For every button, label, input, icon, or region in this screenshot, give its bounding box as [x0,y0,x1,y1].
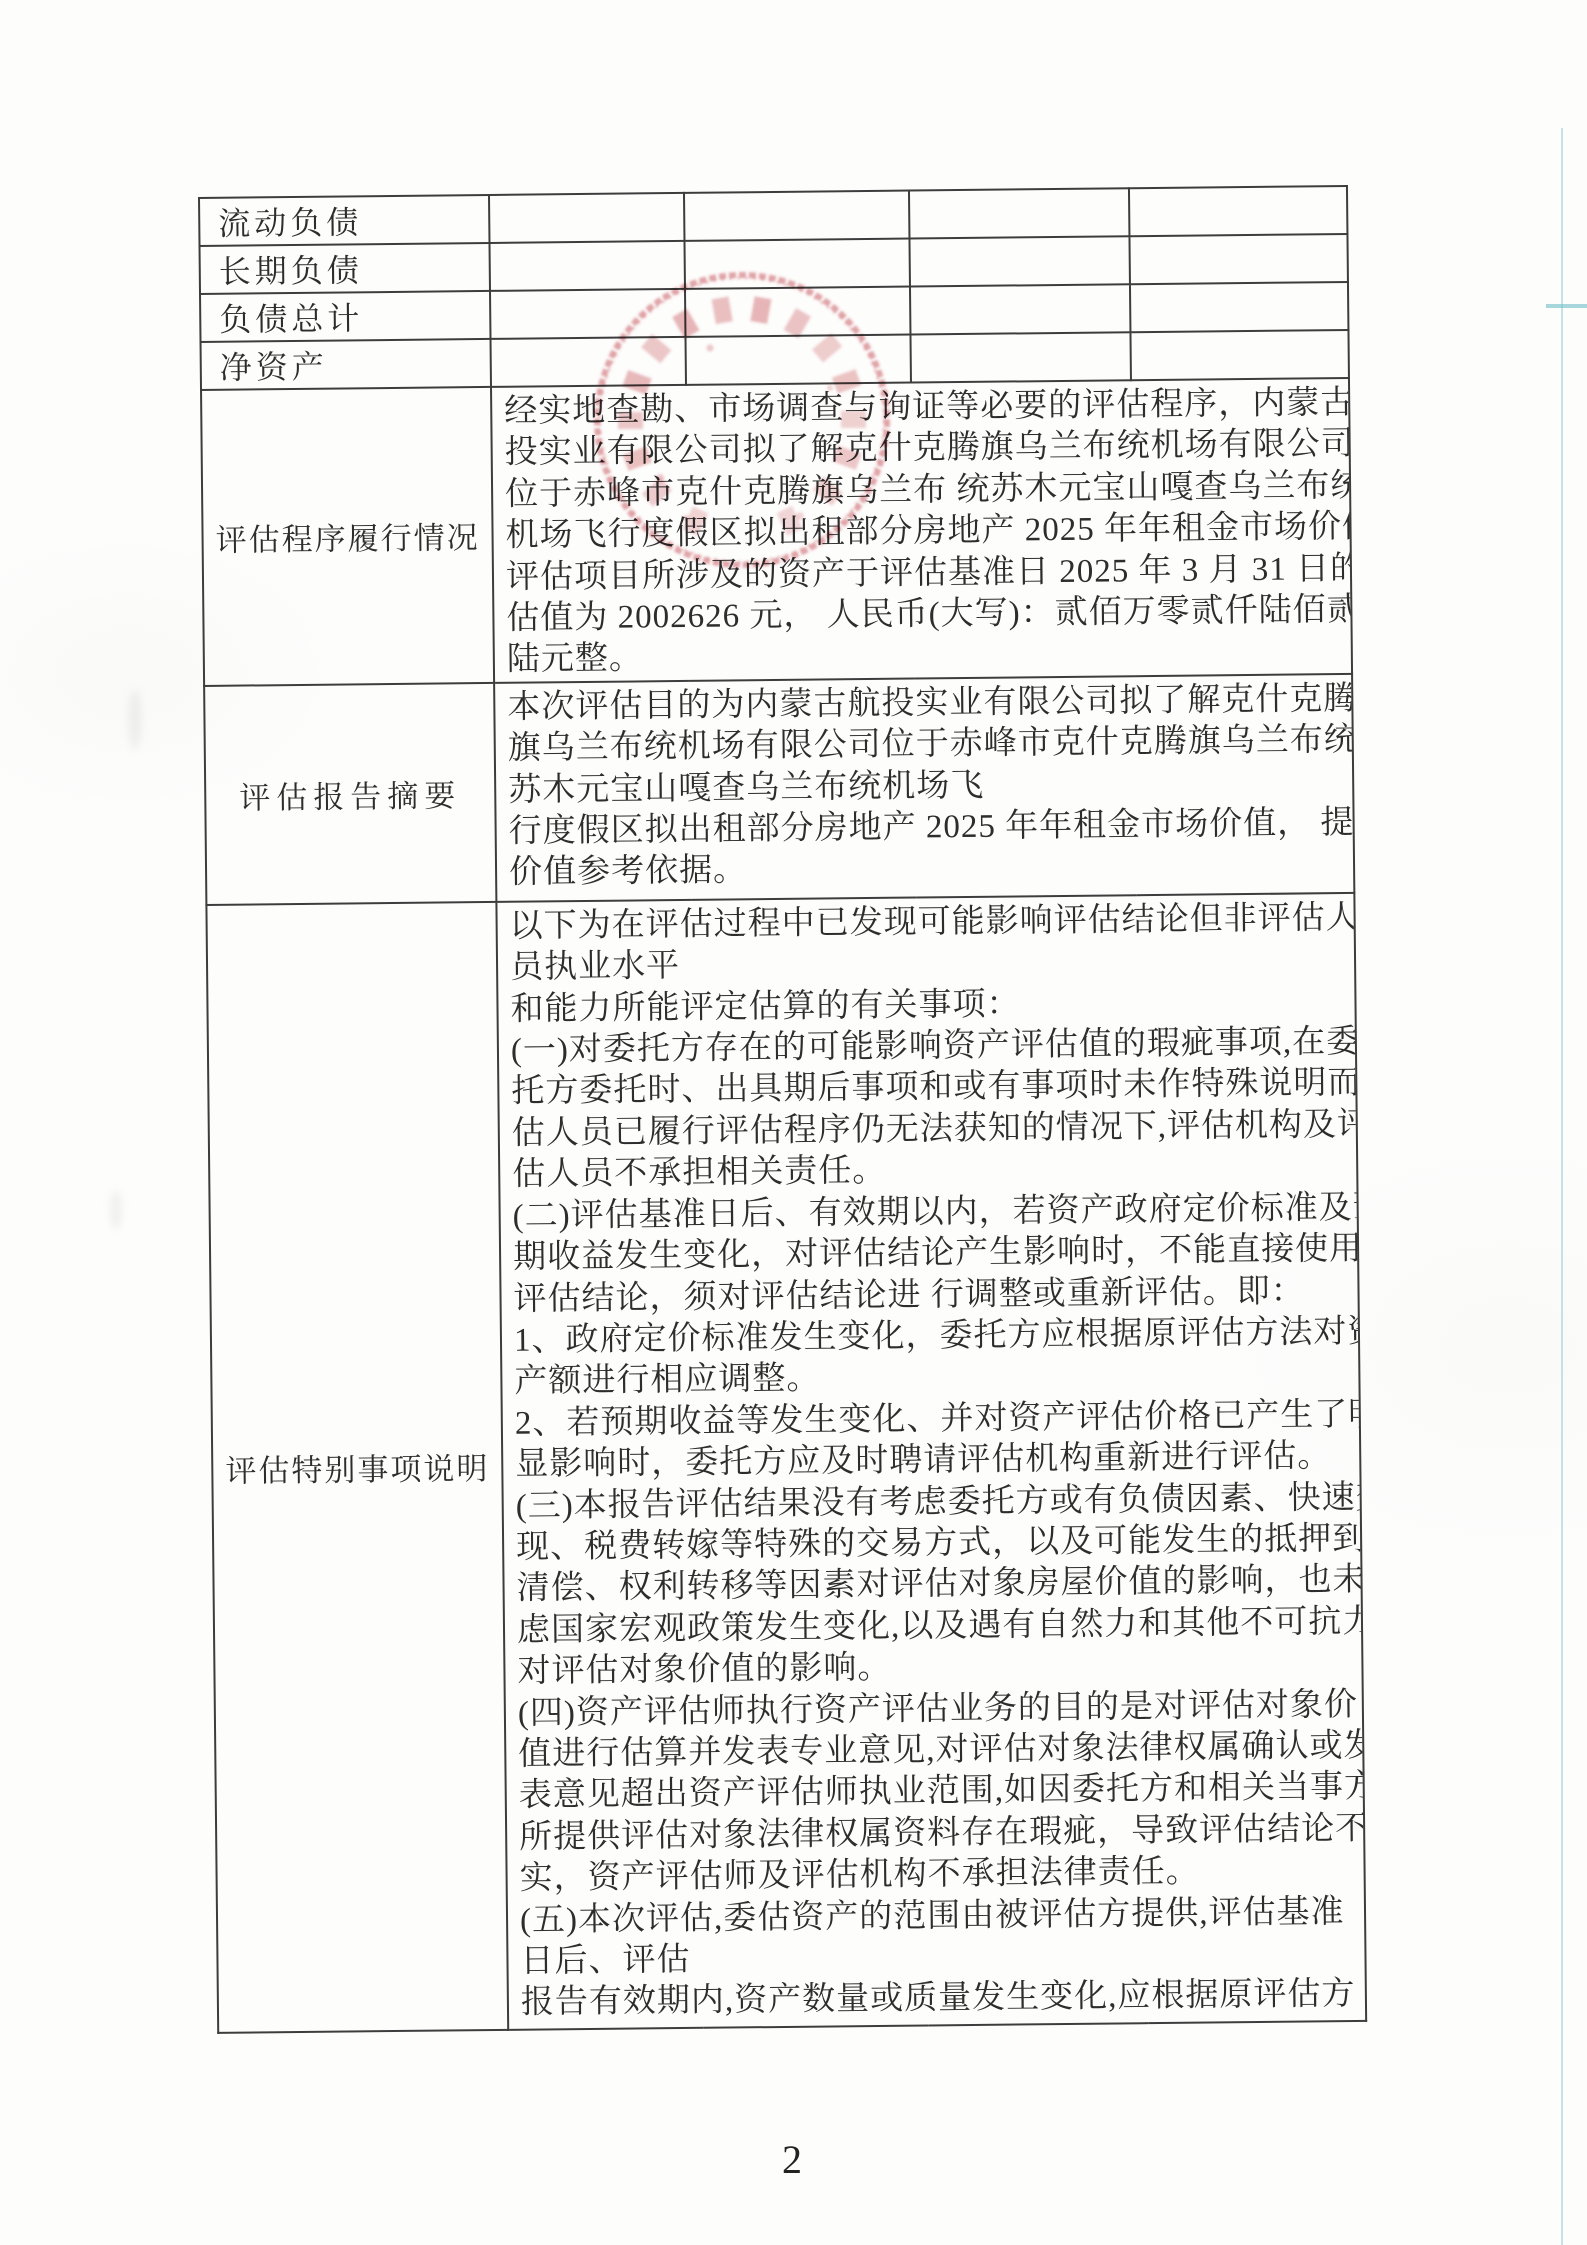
table-row: 评估程序履行情况 经实地查勘、市场调查与询证等必要的评估程序，内蒙古航 投实业有… [201,378,1352,686]
balance-row-label: 流动负债 [199,195,489,246]
balance-row-label: 负债总计 [200,291,490,342]
balance-cell [909,188,1129,238]
scan-smudge [128,690,142,750]
balance-cell [490,289,685,339]
balance-cell [685,335,910,385]
table-row: 评估特别事项说明 以下为在评估过程中已发现可能影响评估结论但非评估人 员执业水平… [206,893,1366,2033]
balance-cell [1130,282,1348,332]
balance-row-label: 长期负债 [200,243,490,294]
scan-artifact-vertical-line [1561,128,1563,2245]
section-content-special-matters: 以下为在评估过程中已发现可能影响评估结论但非评估人 员执业水平 和能力所能评定估… [496,893,1366,2030]
section-content-procedure: 经实地查勘、市场调查与询证等必要的评估程序，内蒙古航 投实业有限公司拟了解克什克… [491,378,1352,683]
balance-cell [684,239,909,289]
balance-cell [489,193,684,243]
section-label-special-matters: 评估特别事项说明 [206,902,508,2033]
section-content-summary: 本次评估目的为内蒙古航投实业有限公司拟了解克什克腾 旗乌兰布统机场有限公司位于赤… [494,674,1354,902]
table-row: 评估报告摘要 本次评估目的为内蒙古航投实业有限公司拟了解克什克腾 旗乌兰布统机场… [204,674,1354,905]
balance-cell [1129,186,1347,236]
balance-cell [685,287,910,337]
scan-smudge [110,1190,122,1230]
balance-cell [491,337,686,387]
section-label-summary: 评估报告摘要 [204,683,496,905]
balance-cell [910,284,1130,334]
report-table: 流动负债 长期负债 负债总计 [198,185,1367,2034]
document-page: 流动负债 长期负债 负债总计 [0,0,1587,2245]
page-number: 2 [762,2136,822,2183]
balance-row-label: 净资产 [201,339,491,390]
balance-cell [1129,234,1347,284]
balance-cell [489,241,684,291]
balance-cell [1130,330,1348,380]
balance-cell [909,236,1129,286]
balance-cell [684,191,909,241]
scan-artifact-horizontal-dash [1546,304,1587,308]
section-label-procedure: 评估程序履行情况 [201,387,494,686]
balance-cell [910,332,1130,382]
